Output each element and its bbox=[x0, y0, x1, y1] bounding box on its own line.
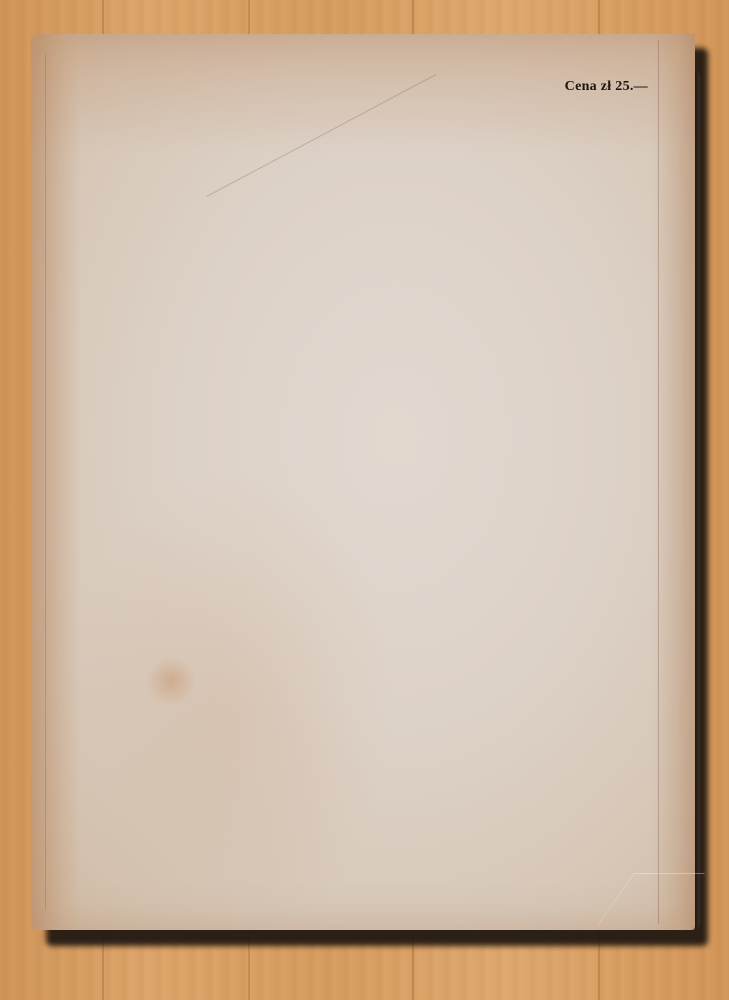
price-label: Cena zł 25.— bbox=[565, 79, 648, 95]
cover-stain bbox=[146, 656, 196, 706]
cover-spine-discoloration bbox=[653, 34, 695, 930]
spine-crease-line bbox=[658, 40, 659, 924]
book-back-cover: Cena zł 25.— bbox=[31, 34, 695, 930]
cover-left-fold-line bbox=[45, 54, 46, 910]
cover-left-discoloration bbox=[31, 34, 81, 930]
